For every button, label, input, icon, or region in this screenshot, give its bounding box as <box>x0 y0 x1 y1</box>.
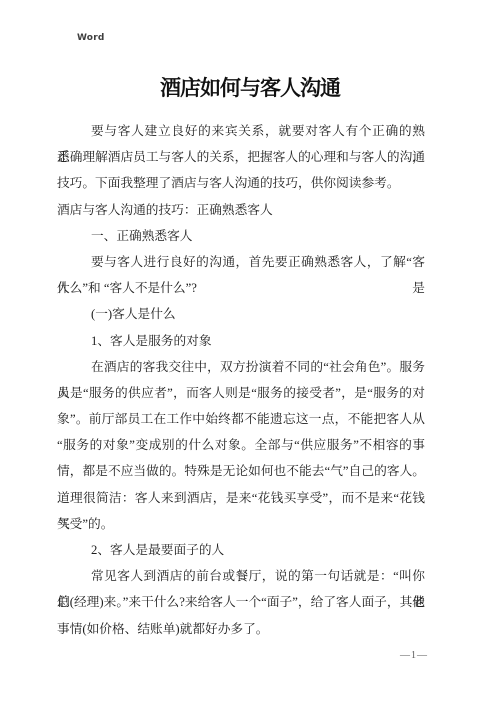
document-text-line: 1、客人是服务的对象 <box>57 328 425 354</box>
document-text-line: 技巧。下面我整理了酒店与客人沟通的技巧，供你阅读参考。 <box>57 170 425 196</box>
document-text-line: 要与客人进行良好的沟通，首先要正确熟悉客人，了解“客人是 <box>57 249 425 275</box>
document-text-line: 象”。前厅部员工在工作中始终都不能遗忘这一点，不能把客人从 <box>57 406 425 432</box>
document-body: 要与客人建立良好的来宾关系，就要对客人有个正确的熟悉，正确理解酒店员工与客人的关… <box>57 118 425 642</box>
document-text-line: 事情(如价格、结账单)就都好办多了。 <box>57 616 425 642</box>
document-text-line: 总(经理)来。”来干什么?来给客人一个“面子”，给了客人面子，其他 <box>57 589 425 615</box>
document-page: Word 酒店如何与客人沟通 要与客人建立良好的来宾关系，就要对客人有个正确的熟… <box>0 0 500 707</box>
document-text-line: 在酒店的客我交往中，双方扮演着不同的“社会角色”。服务人 <box>57 354 425 380</box>
document-text-line: 2、客人是最要面子的人 <box>57 537 425 563</box>
document-text-line: 酒店与客人沟通的技巧：正确熟悉客人 <box>57 197 425 223</box>
document-text-line: 正确理解酒店员工与客人的关系，把握客人的心理和与客人的沟通 <box>57 144 425 170</box>
document-title: 酒店如何与客人沟通 <box>0 72 500 102</box>
page-number: —1— <box>400 650 428 661</box>
document-text-line: (一)客人是什么 <box>57 301 425 327</box>
document-text-line: 一、正确熟悉客人 <box>57 223 425 249</box>
word-watermark: Word <box>77 33 104 43</box>
document-text-line: 情，都是不应当做的。特殊是无论如何也不能去“气”自己的客人。 <box>57 458 425 484</box>
document-text-line: “服务的对象”变成别的什么对象。全部与“供应服务”不相容的事 <box>57 432 425 458</box>
document-text-line: 要与客人建立良好的来宾关系，就要对客人有个正确的熟悉， <box>57 118 425 144</box>
document-text-line: 员是“服务的供应者”，而客人则是“服务的接受者”，是“服务的对 <box>57 380 425 406</box>
document-text-line: 道理很简洁：客人来到酒店，是来“花钱买享受”，而不是来“花钱买 <box>57 485 425 511</box>
document-text-line: 常见客人到酒店的前台或餐厅，说的第一句话就是：“叫你们老 <box>57 563 425 589</box>
document-text-line: 气受”的。 <box>57 511 425 537</box>
